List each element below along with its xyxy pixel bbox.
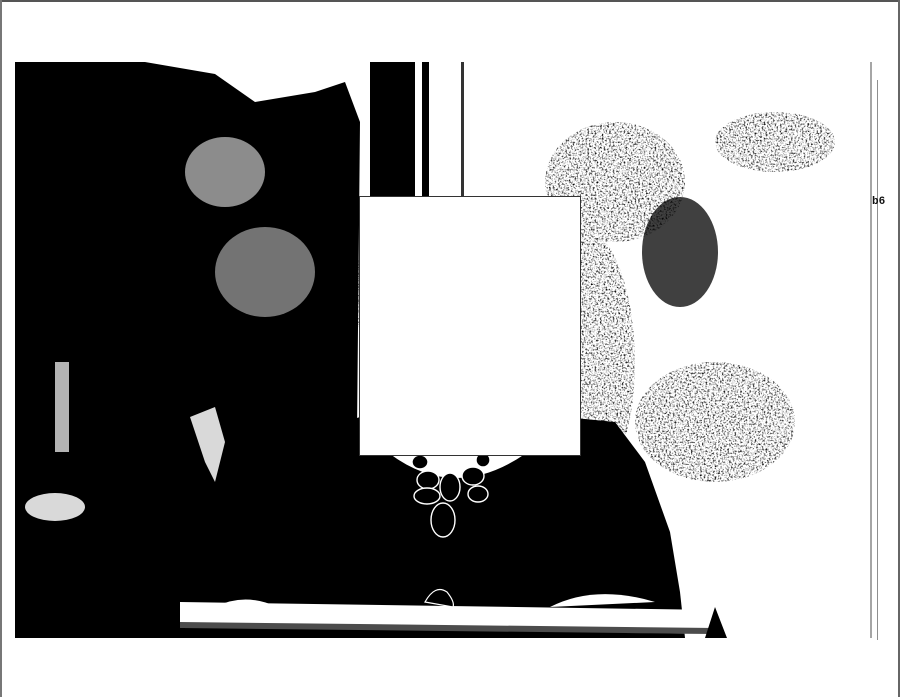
page-edge-top (0, 0, 900, 2)
redaction-code-label: b6 (872, 196, 885, 208)
scanned-page: b6 (0, 0, 900, 697)
page-edge-left (0, 0, 2, 697)
scan-border-line (877, 80, 878, 640)
redaction-box (359, 196, 581, 456)
